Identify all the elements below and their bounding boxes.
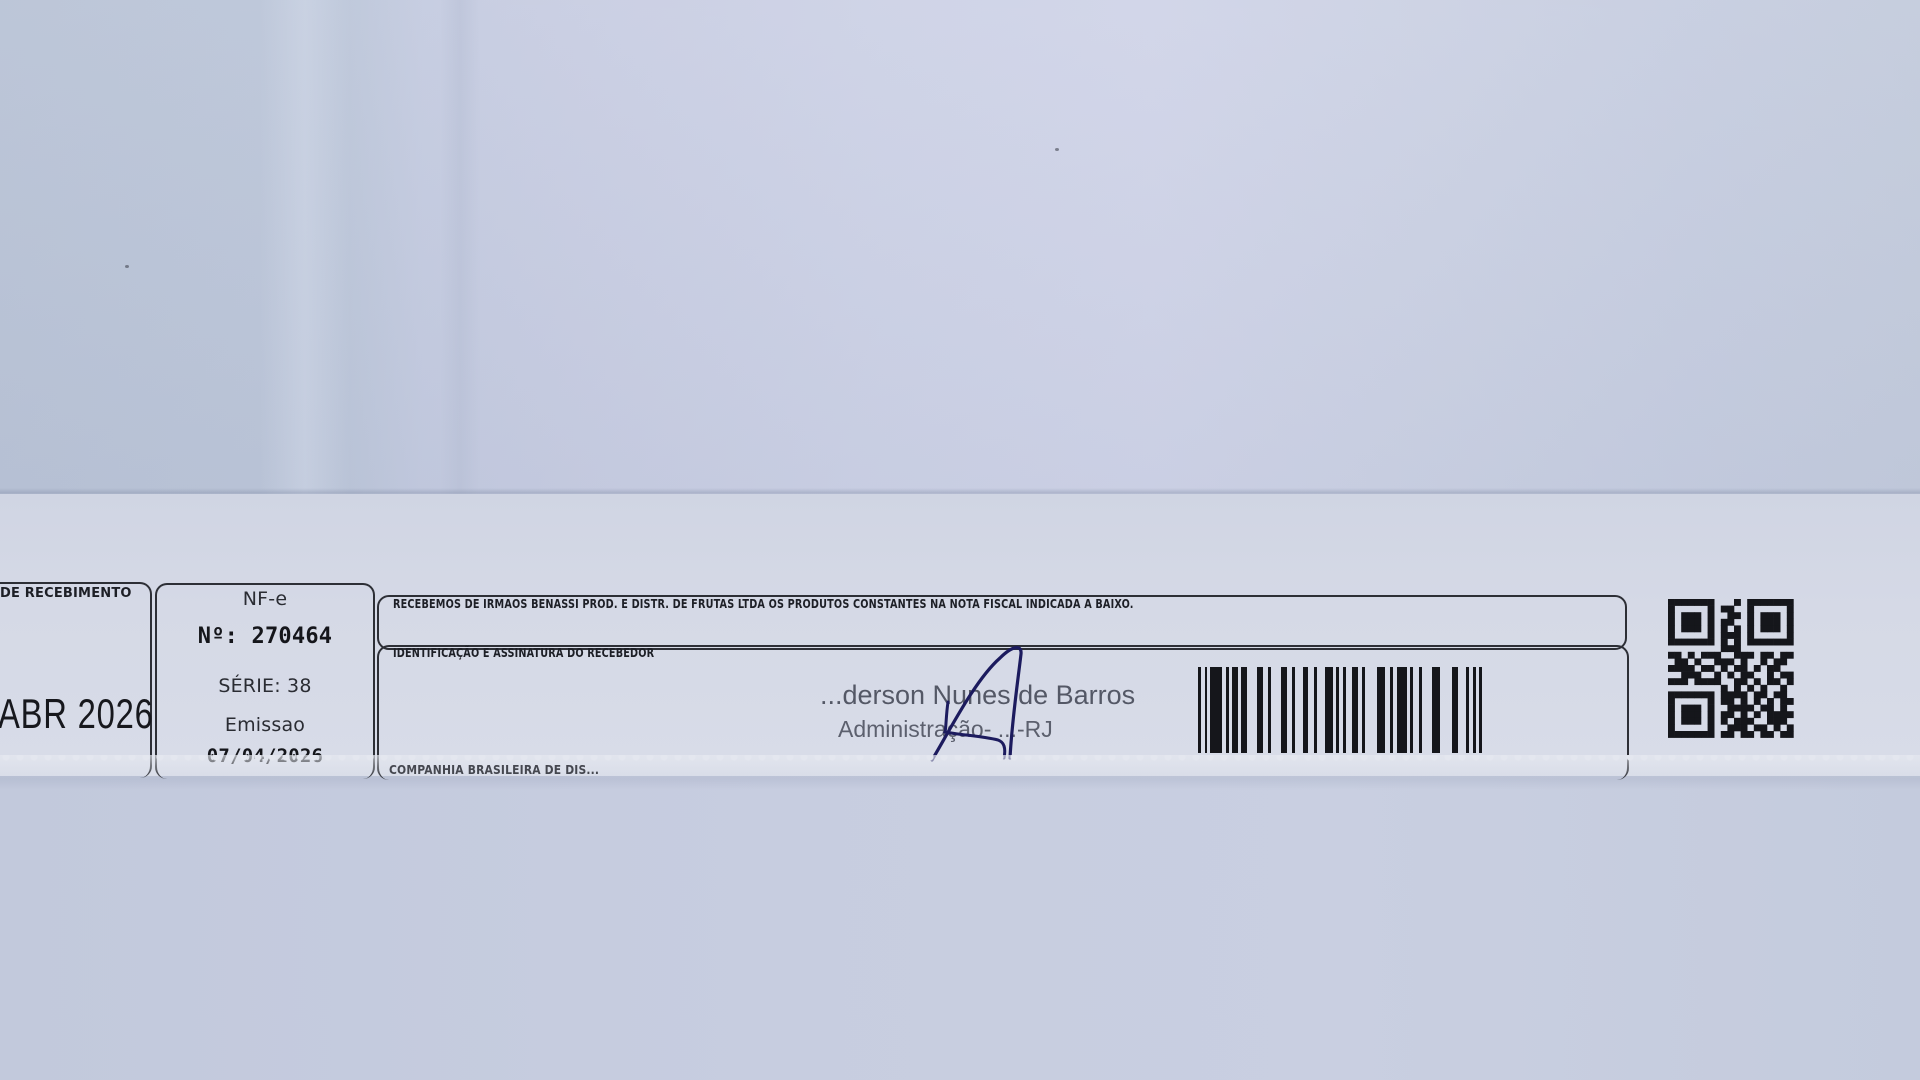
nfe-serie: SÉRIE: 38: [155, 675, 375, 697]
identificacao-label: IDENTIFICAÇÃO E ASSINATURA DO RECEBEDOR: [393, 645, 654, 660]
paper-fold-shadow: [440, 0, 480, 495]
nfe-emissao-label: Emissao: [155, 714, 375, 736]
paper-speck: [125, 265, 129, 268]
nfe-number: Nº: 270464: [155, 624, 375, 649]
recebimento-label: DE RECEBIMENTO: [0, 586, 132, 601]
paper-speck: [1055, 148, 1059, 151]
paper-fold-highlight: [260, 0, 350, 495]
nfe-title: NF-e: [155, 588, 375, 610]
qr-code-icon: [1660, 599, 1836, 747]
footer-company-text: COMPANHIA BRASILEIRA DE DIS...: [389, 762, 599, 777]
background-sheet-lower: [0, 770, 1920, 1080]
signature-icon: [920, 640, 1040, 765]
recebimento-box: [0, 582, 152, 778]
recebemos-statement: RECEBEMOS DE IRMAOS BENASSI PROD. E DIST…: [393, 596, 1134, 611]
barcode-icon: [1198, 667, 1598, 753]
recebimento-date-stamp: ABR 2026: [0, 690, 154, 738]
strip-torn-edge: [0, 755, 1920, 779]
